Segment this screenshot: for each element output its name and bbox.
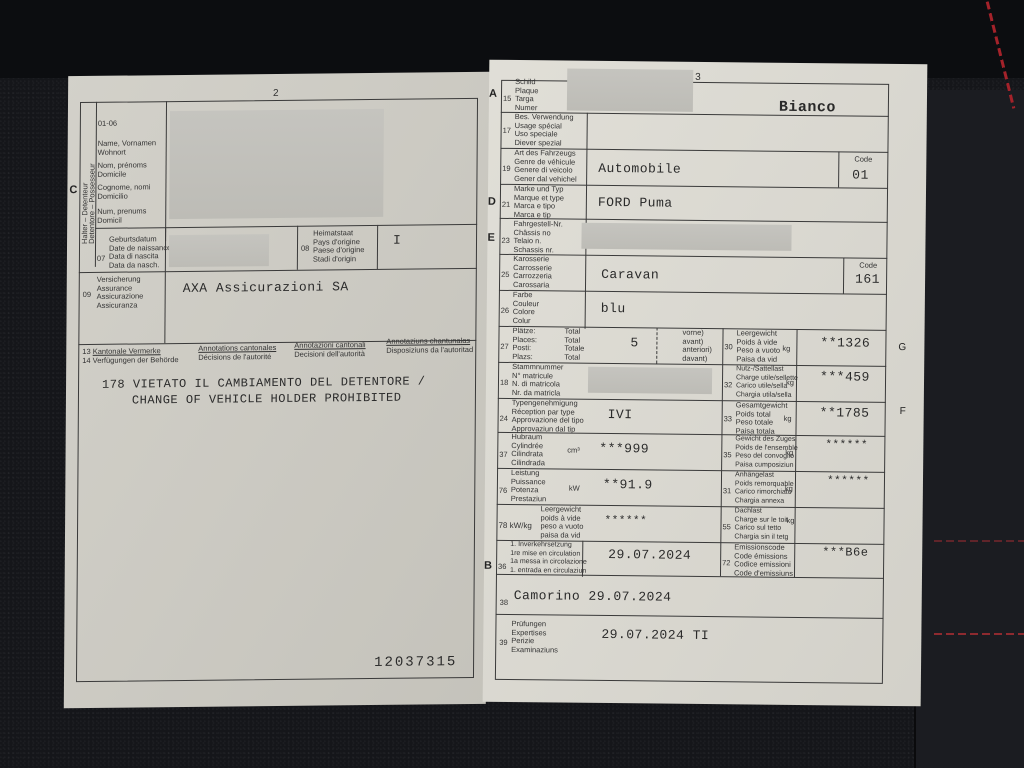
- field-number: 18: [500, 378, 508, 387]
- color-label: FarbeCouleurColoreColur: [513, 291, 540, 325]
- holder-label-de: Name, VornamenWohnort: [98, 139, 156, 157]
- field-number: 76: [499, 486, 507, 495]
- field-number: 72: [722, 558, 730, 567]
- birth-date-redacted: [169, 234, 269, 267]
- seats-value: 5: [630, 335, 638, 350]
- insurance-label: VersicherungAssuranceAssicurazioneAssicu…: [97, 275, 144, 309]
- field-number: 23: [501, 236, 509, 245]
- total-weight-label: GesamtgewichtPoids totalPeso totalePaisa…: [735, 401, 787, 436]
- unit: kg: [782, 345, 790, 354]
- seats-label: Plätze:Places:Posti:Plazs:: [512, 327, 537, 361]
- plate-number-redacted: [567, 69, 693, 112]
- origin-label: HeimatstaatPays d'originePaese d'origine…: [313, 229, 365, 264]
- trailer-load-value: ******: [827, 475, 870, 487]
- section-letter-f: F: [900, 406, 906, 417]
- seat-side-bolster: [914, 90, 1024, 768]
- field-number: 08: [301, 244, 309, 253]
- section-letter-d: D: [488, 196, 496, 208]
- reg-number-label: StammnummerN° matriculeN. di matricolaNr…: [512, 363, 564, 398]
- total-weight-value: **1785: [820, 405, 870, 421]
- make-type-label: Marke und TypMarque et typeMarca e tipoM…: [514, 185, 564, 220]
- insurance-value: AXA Assicurazioni SA: [183, 279, 349, 296]
- body-code: 161: [855, 272, 880, 287]
- field-number: 36: [498, 562, 506, 571]
- holder-label-rm: Num, prenumsDomicil: [97, 207, 146, 225]
- unit: cm³: [567, 447, 580, 456]
- displacement-value: ***999: [599, 441, 649, 457]
- color-value: blu: [601, 301, 626, 316]
- seats-total-label: TotalTotalTotaleTotal: [564, 328, 584, 362]
- emission-code-value: ***B6e: [822, 545, 868, 559]
- holder-label-fr: Nom, prénomsDomicile: [97, 161, 146, 179]
- registration-page-right: 3 A 15 SchildPlaqueTargaNumer Bianco 17 …: [483, 60, 928, 707]
- page-number: 2: [273, 88, 279, 99]
- field-number: 33: [724, 414, 732, 423]
- field-number: 07: [97, 254, 105, 263]
- unit: kg: [787, 517, 795, 526]
- field-number: 30: [724, 342, 732, 351]
- holder-label-it: Cognome, nomiDomicilio: [97, 183, 150, 201]
- seats-front-label: vorne)avant)anteriori)davant): [682, 329, 712, 363]
- field-number: 39: [499, 638, 507, 647]
- power-label: LeistungPuissancePotenzaPrestaziun: [511, 469, 547, 503]
- annotations-label-fr: Annotations cantonalesDécisions de l'aut…: [198, 344, 276, 362]
- power-weight-value: ******: [604, 515, 647, 527]
- annotations-label-de: 13 Kantonale Vermerke 14 Verfügungen der…: [82, 347, 178, 365]
- unit: kg: [786, 379, 794, 388]
- body-label: KarosserieCarrosserieCarrozzeriaCarossar…: [513, 255, 552, 289]
- special-use-label: Bes. VerwendungUsage spécialUso speciale…: [514, 113, 573, 148]
- holder-field-code: 01-06: [98, 120, 117, 129]
- displacement-label: HubraumCylindréeCilindrataCilindrada: [511, 433, 545, 467]
- birth-date-label: GeburtsdatumDate de naissanceData di nas…: [109, 235, 171, 270]
- field-number: 24: [500, 414, 508, 423]
- section-letter-e: E: [487, 232, 494, 244]
- vehicle-kind-code: 01: [852, 168, 869, 183]
- empty-weight-label: LeergewichtPoids à videPeso a vuotoPaisa…: [736, 329, 780, 363]
- make-type-value: FORD Puma: [598, 195, 673, 211]
- first-registration-label: 1. Inverkehrsetzung1re mise en circulati…: [510, 541, 587, 576]
- body-code-label: Code: [859, 262, 877, 271]
- field-number: 17: [503, 126, 511, 135]
- field-number: 55: [722, 522, 730, 531]
- field-number: 09: [83, 290, 91, 299]
- annotations-label-rm: Annotaziuns chantunalasDisposiziuns da l…: [386, 337, 473, 355]
- annotation-line: CHANGE OF VEHICLE HOLDER PROHIBITED: [132, 391, 402, 408]
- field-number: 21: [502, 200, 510, 209]
- train-weight-value: ******: [825, 439, 868, 451]
- first-registration-value: 29.07.2024: [608, 547, 691, 563]
- type-approval-value: IVI: [608, 407, 633, 422]
- registration-page-left: 2 C Halter – Detenteur Detentore – Posse…: [64, 72, 490, 708]
- chassis-number-redacted: [581, 223, 791, 251]
- unit: kg: [784, 415, 792, 424]
- origin-value: I: [393, 233, 401, 248]
- reg-number-redacted: [588, 367, 712, 394]
- field-number: 35: [723, 450, 731, 459]
- vehicle-kind-value: Automobile: [598, 161, 681, 177]
- vehicle-kind-code-label: Code: [854, 156, 872, 165]
- payload-value: ***459: [820, 369, 870, 385]
- field-number: 38: [500, 598, 508, 607]
- field-number: 26: [501, 306, 509, 315]
- document-serial-number: 12037315: [374, 654, 457, 671]
- field-number: 25: [501, 270, 509, 279]
- unit: kW: [569, 485, 580, 494]
- annotations-label-it: Annotazioni cantonaliDecisioni dell'auto…: [294, 341, 365, 359]
- chassis-label: Fahrgestell-Nr.Châssis noTelaio n.Schass…: [513, 220, 563, 255]
- section-letter-g: G: [898, 342, 906, 353]
- holder-vertical-label: Detentore – Possesseur: [88, 163, 97, 244]
- field-number: 19: [502, 164, 510, 173]
- empty-weight-value: **1326: [820, 335, 870, 351]
- type-approval-label: TypengenehmigungRéception par typeApprov…: [511, 399, 583, 434]
- section-letter-c: C: [69, 184, 77, 196]
- field-number: 32: [724, 380, 732, 389]
- body-value: Caravan: [601, 267, 659, 283]
- field-number: 37: [499, 450, 507, 459]
- inspections-label: PrüfungenExpertisesPerizieExaminaziuns: [511, 620, 558, 654]
- field-number: 15: [503, 94, 511, 103]
- unit: kg: [785, 449, 793, 458]
- field-number: 27: [500, 342, 508, 351]
- vehicle-kind-label: Art des FahrzeugsGenre de véhiculeGenere…: [514, 149, 577, 184]
- section-letter-a: A: [489, 88, 497, 100]
- power-value: **91.9: [603, 477, 653, 493]
- holder-name-redacted: [169, 109, 384, 219]
- plate-color-value: Bianco: [779, 99, 836, 117]
- power-weight-sublabel: Leergewichtpoids à videpeso a vuotopaisa…: [540, 505, 583, 539]
- seat-stitching: [934, 540, 1024, 542]
- section-letter-b: B: [484, 560, 492, 572]
- power-weight-label: 78 kW/kg: [498, 522, 531, 531]
- inspections-value: 29.07.2024 TI: [601, 627, 709, 643]
- seat-stitching: [934, 633, 1024, 635]
- roof-load-label: DachlastCharge sur le toitCarico sul tet…: [734, 507, 788, 542]
- unit: kg: [785, 485, 793, 494]
- place-date-value: Camorino 29.07.2024: [514, 588, 672, 605]
- plate-label: SchildPlaqueTargaNumer: [515, 78, 539, 112]
- emission-code-label: EmissionscodeCode émissionsCodice emissi…: [734, 543, 793, 578]
- field-number: 31: [723, 486, 731, 495]
